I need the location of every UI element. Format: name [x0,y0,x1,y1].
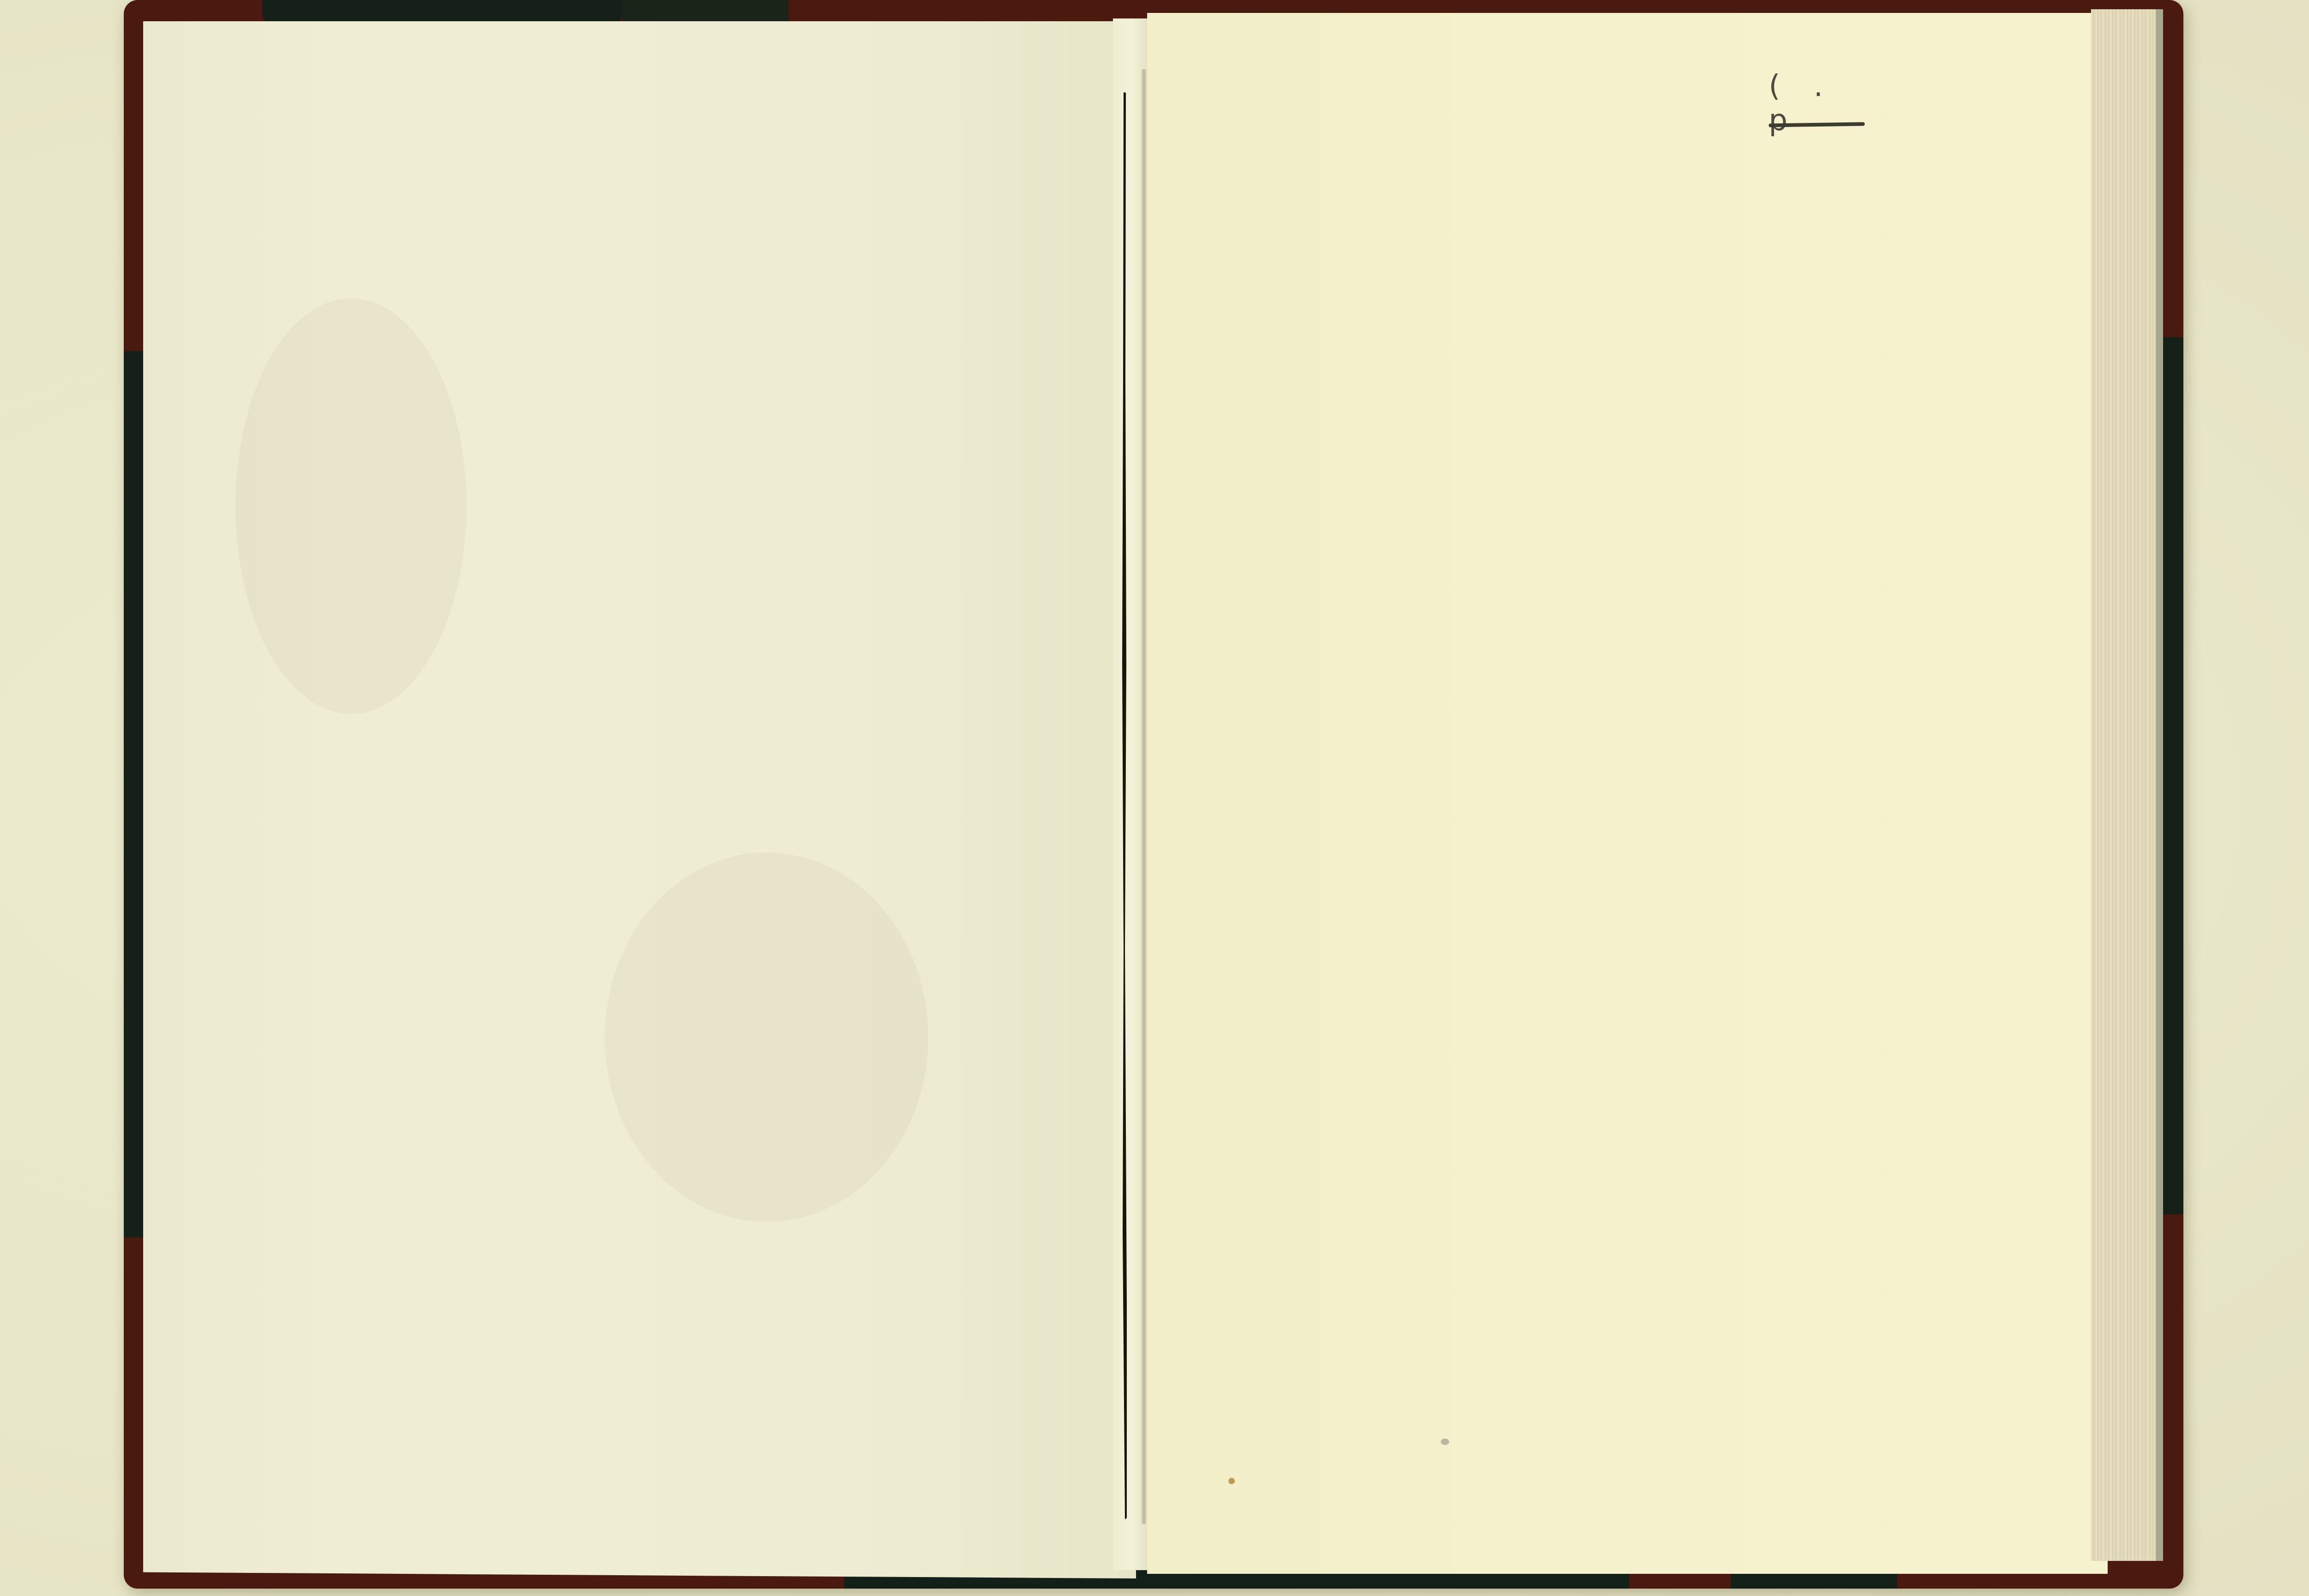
left-flyleaf-page [143,21,1136,1578]
gutter-shadow [1141,69,1147,1524]
cover-marbled-band-left [124,351,144,1238]
paper-blemish [1441,1439,1449,1445]
page-fore-edge [2091,9,2163,1561]
pencil-annotation: ( . p [1769,69,1870,125]
foxing-spot [1228,1478,1235,1484]
paper-stain [236,298,466,714]
cover-marbled-band-right [2160,337,2183,1215]
paper-stain [605,852,928,1222]
right-page [1147,13,2108,1574]
cover-marbled-band-top-left [262,0,623,23]
cover-marbled-band-top [623,0,789,21]
